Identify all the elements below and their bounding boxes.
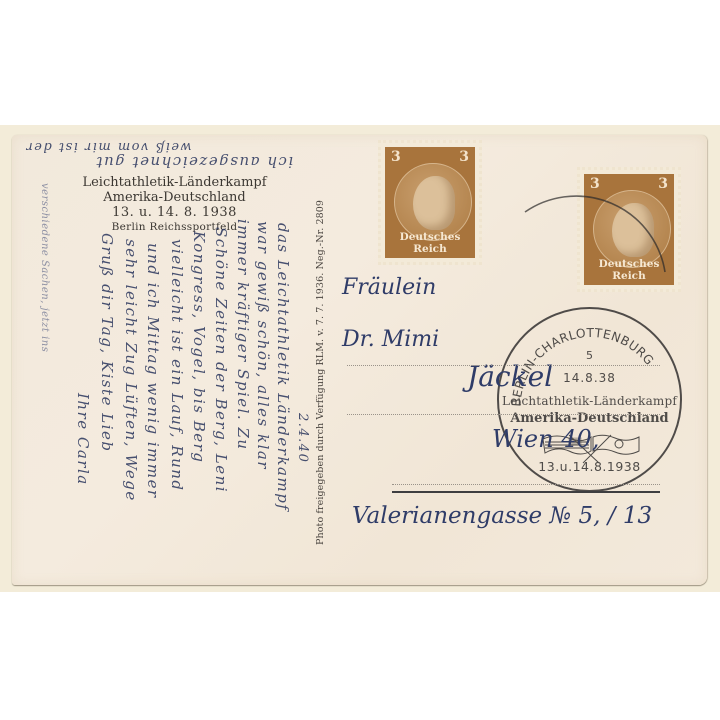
stamp-label: Deutsches Reich xyxy=(584,258,674,282)
message-line: Gruß dir Tag, Kiste Lieb xyxy=(98,233,116,452)
postage-stamp: 3 3 Deutsches Reich xyxy=(378,140,482,265)
message-line: das Leichtathletik Länderkampf xyxy=(274,223,292,511)
message-line: sehr leicht Zug Lüften, Wege xyxy=(122,239,140,502)
address-salutation: Fräulein xyxy=(342,275,436,300)
message-margin-note: verschiedene Sachen, jetzt ins xyxy=(39,183,50,352)
stamp-value: 3 xyxy=(658,176,668,192)
message-top-line: weiß vom mir ist der xyxy=(25,139,192,154)
stamp-face: 3 3 Deutsches Reich xyxy=(385,147,475,258)
address-street: Valerianengasse № 5, / 13 xyxy=(352,503,652,529)
address-name-line: Dr. Mimi xyxy=(342,327,439,352)
message-line: war gewiß schön, alles klar xyxy=(254,221,272,470)
handwritten-message: ich ausgezeichnet gut weiß vom mir ist d… xyxy=(20,143,310,583)
message-line: Kongress, Vogel, bis Berg xyxy=(190,231,208,463)
portrait-medallion-icon xyxy=(593,190,671,268)
portrait-medallion-icon xyxy=(394,163,472,241)
photo-credit-line: Photo freigegeben durch Verfügung RLM. v… xyxy=(315,200,326,545)
message-date: 2.4.40 xyxy=(295,413,310,463)
message-signature: Ihre Carla xyxy=(74,393,92,486)
postmark-event-dates: 13.u.14.8.1938 xyxy=(499,459,680,474)
message-top-line: ich ausgezeichnet gut xyxy=(95,153,293,171)
address-city: Wien 40, xyxy=(492,425,599,453)
message-line: vielleicht ist ein Lauf, Rund xyxy=(168,239,186,492)
postage-stamp: 3 3 Deutsches Reich xyxy=(577,167,681,292)
postmark-event: Leichtathletik-Länderkampf xyxy=(499,394,680,408)
stamp-value: 3 xyxy=(391,149,401,165)
address-dotted-line xyxy=(347,365,660,366)
postcard: Leichtathletik-Länderkampf Amerika-Deuts… xyxy=(12,135,707,585)
message-line: Schöne Zeiten der Berg, Leni xyxy=(212,227,230,493)
address-solid-line xyxy=(392,491,660,493)
message-line: und ich Mittag wenig immer xyxy=(144,243,162,499)
postmark: BERLIN-CHARLOTTENBURG 5 14.8.38 Leichtat… xyxy=(497,307,682,492)
address-dotted-line xyxy=(392,484,660,485)
stamp-label: Deutsches Reich xyxy=(385,231,475,255)
message-line: immer kräftiger Spiel. Zu xyxy=(234,219,252,451)
address-dotted-line xyxy=(347,414,660,415)
stamp-face: 3 3 Deutsches Reich xyxy=(584,174,674,285)
stamp-value: 3 xyxy=(459,149,469,165)
stamp-value: 3 xyxy=(590,176,600,192)
